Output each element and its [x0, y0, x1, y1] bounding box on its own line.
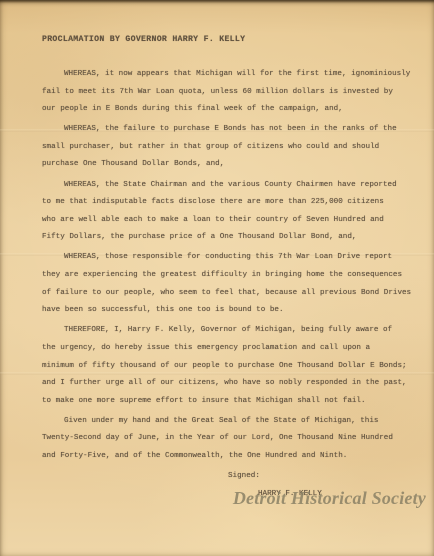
paragraph-line: fail to meet its 7th War Loan quota, unl…: [42, 84, 426, 102]
paragraph-line: WHEREAS, the State Chairman and the vari…: [42, 177, 426, 195]
paragraph-line: WHEREAS, those responsible for conductin…: [42, 249, 426, 267]
paragraph-line: who are well able each to make a loan to…: [42, 212, 426, 230]
paragraph-line: our people in E Bonds during this final …: [42, 101, 426, 119]
paragraph: THEREFORE, I, Harry F. Kelly, Governor o…: [42, 322, 426, 410]
scanned-document-page: PROCLAMATION BY GOVERNOR HARRY F. KELLY …: [0, 0, 434, 556]
paragraph-line: THEREFORE, I, Harry F. Kelly, Governor o…: [42, 322, 426, 340]
paragraph: WHEREAS, those responsible for conductin…: [42, 249, 426, 319]
signed-label: Signed:: [228, 468, 426, 486]
paragraph-line: small purchaser, but rather in that grou…: [42, 139, 426, 157]
watermark: Detroit Historical Society: [233, 488, 426, 509]
paragraph-line: of failure to our people, who seem to fe…: [42, 285, 426, 303]
paper-top-edge-shadow: [0, 0, 434, 3]
document-title: PROCLAMATION BY GOVERNOR HARRY F. KELLY: [42, 34, 426, 46]
paragraph-line: purchase One Thousand Dollar Bonds, and,: [42, 156, 426, 174]
paragraph: Given under my hand and the Great Seal o…: [42, 413, 426, 466]
paragraph-line: WHEREAS, it now appears that Michigan wi…: [42, 66, 426, 84]
paragraph: WHEREAS, it now appears that Michigan wi…: [42, 66, 426, 119]
paragraph: WHEREAS, the State Chairman and the vari…: [42, 177, 426, 247]
document-content: PROCLAMATION BY GOVERNOR HARRY F. KELLY …: [42, 34, 426, 503]
paragraph-line: to make one more supreme effort to insur…: [42, 393, 426, 411]
paragraph-line: to me that indisputable facts disclose t…: [42, 194, 426, 212]
paragraph-line: the urgency, do hereby issue this emerge…: [42, 340, 426, 358]
paragraph-line: and Forty-Five, and of the Commonwealth,…: [42, 448, 426, 466]
paragraph-line: minimum of fifty thousand of our people …: [42, 358, 426, 376]
paragraph: WHEREAS, the failure to purchase E Bonds…: [42, 121, 426, 174]
paragraph-line: WHEREAS, the failure to purchase E Bonds…: [42, 121, 426, 139]
document-paragraphs: WHEREAS, it now appears that Michigan wi…: [42, 66, 426, 466]
paragraph-line: Fifty Dollars, the purchase price of a O…: [42, 229, 426, 247]
paragraph-line: and I further urge all of our citizens, …: [42, 375, 426, 393]
paragraph-line: have been so successful, this one too is…: [42, 302, 426, 320]
paragraph-line: Given under my hand and the Great Seal o…: [42, 413, 426, 431]
paragraph-line: they are experiencing the greatest diffi…: [42, 267, 426, 285]
paragraph-line: Twenty-Second day of June, in the Year o…: [42, 430, 426, 448]
